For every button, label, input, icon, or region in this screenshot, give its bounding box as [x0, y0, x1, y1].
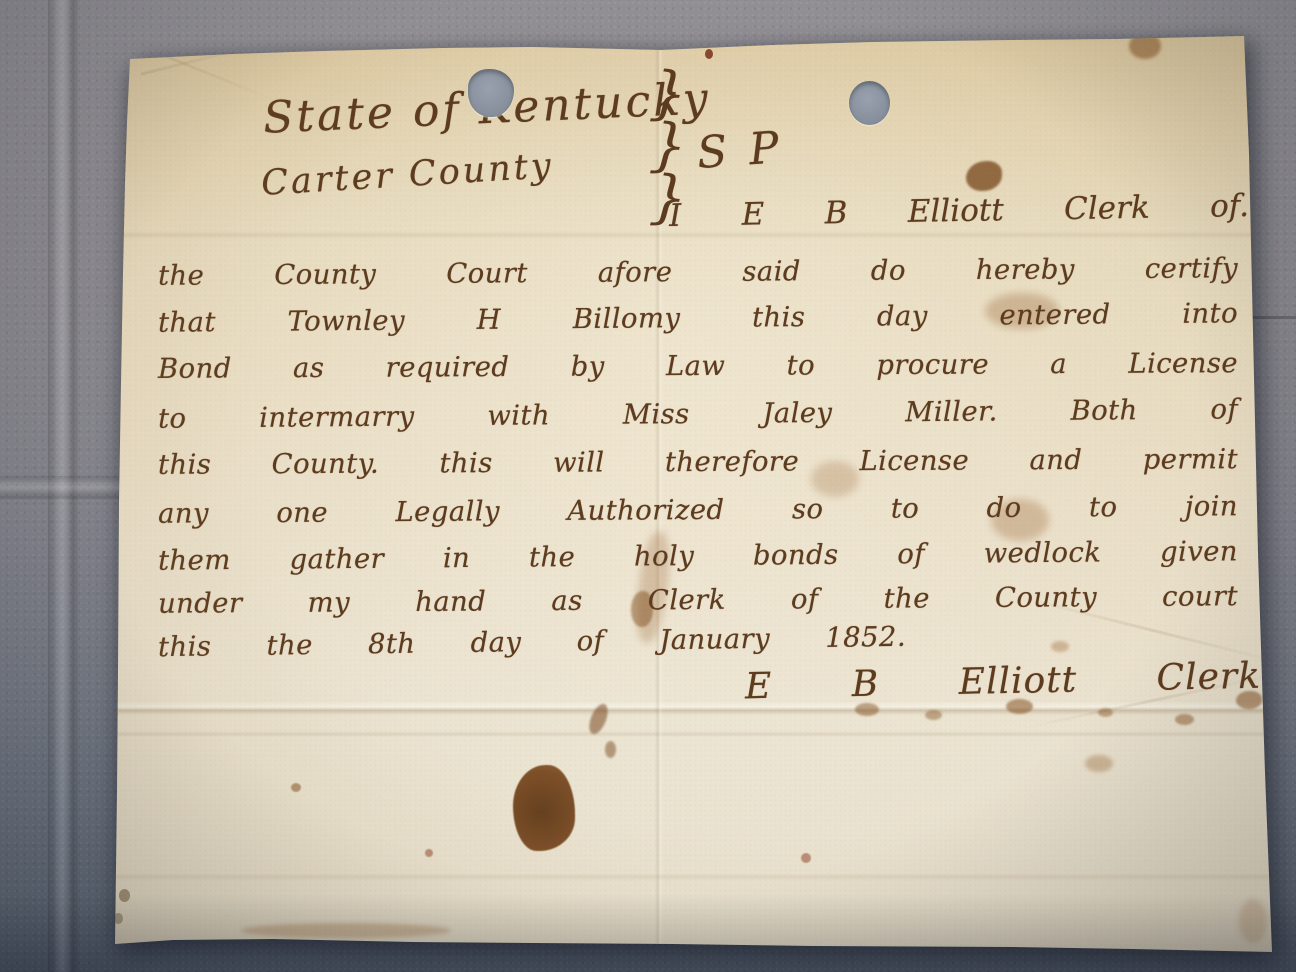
paper-document: State of Kentucky Carter County } } } S … — [113, 33, 1273, 955]
paper-sheet: State of Kentucky Carter County } } } S … — [113, 33, 1273, 955]
photo-of-document: State of Kentucky Carter County } } } S … — [0, 0, 1296, 972]
paper-shading — [113, 33, 1273, 955]
